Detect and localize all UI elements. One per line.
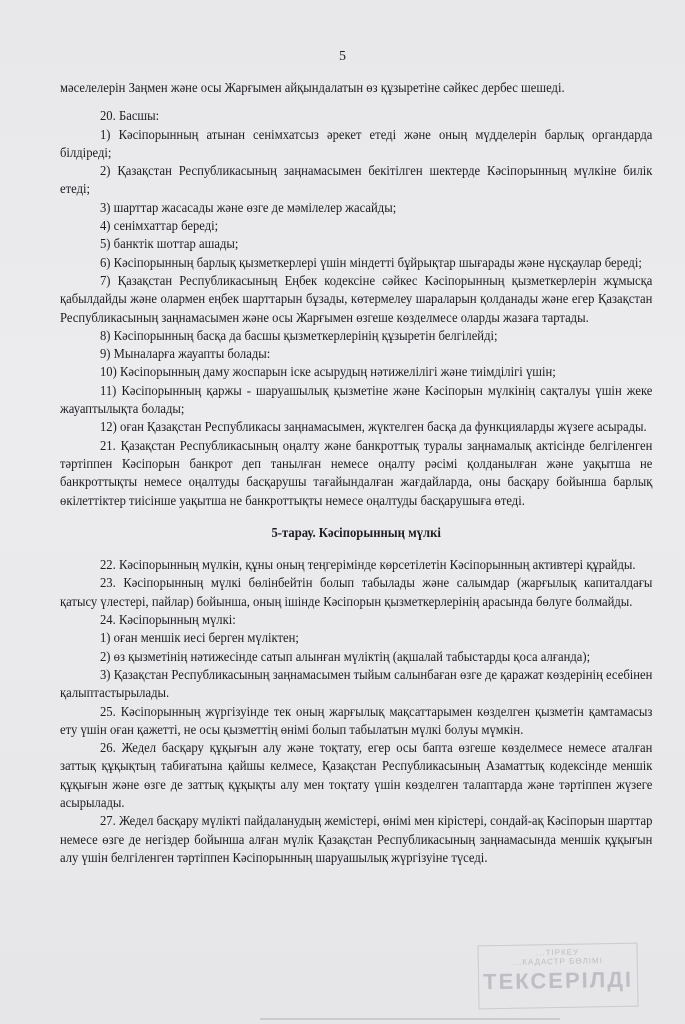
paragraph: 25. Кәсіпорынның жүргізуінде тек оның жа… bbox=[60, 703, 652, 740]
paragraph: 2) өз қызметінің нәтижесінде сатып алынғ… bbox=[60, 648, 652, 666]
paragraph: 26. Жедел басқару құқығын алу және тоқта… bbox=[60, 739, 652, 812]
paragraph: 6) Кәсіпорынның барлық қызметкерлері үші… bbox=[60, 254, 652, 272]
paragraph: 23. Кәсіпорынның мүлкі бөлінбейтін болып… bbox=[60, 574, 652, 611]
paragraph: 3) Қазақстан Республикасының заңнамасыме… bbox=[60, 666, 652, 703]
paragraph: 20. Басшы: bbox=[60, 107, 652, 125]
paragraph: 9) Мыналарға жауапты болады: bbox=[60, 345, 652, 363]
paragraph: 22. Кәсіпорынның мүлкін, құны оның теңге… bbox=[60, 556, 652, 574]
verification-stamp: ...ТІРКЕУ ...КАДАСТР БӨЛІМІ ТЕКСЕРІЛДІ bbox=[477, 943, 638, 1010]
paragraph: 7) Қазақстан Республикасының Еңбек кодек… bbox=[60, 272, 652, 327]
paragraph: 27. Жедел басқару мүлікті пайдаланудың ж… bbox=[60, 812, 652, 867]
paragraph: 1) оған меншік иесі берген мүліктен; bbox=[60, 629, 652, 647]
paragraph: 2) Қазақстан Республикасының заңнамасыме… bbox=[60, 162, 652, 199]
paragraph: 11) Кәсіпорынның қаржы - шаруашылық қызм… bbox=[60, 382, 652, 419]
paragraph: 21. Қазақстан Республикасының оңалту жән… bbox=[60, 437, 652, 510]
paragraph: 1) Кәсіпорынның атынан сенімхатсыз әреке… bbox=[60, 126, 652, 163]
paragraph: мәселелерін Заңмен және осы Жарғымен айқ… bbox=[60, 79, 652, 97]
paragraph: 12) оған Қазақстан Республикасы заңнамас… bbox=[60, 418, 652, 436]
document-body: мәселелерін Заңмен және осы Жарғымен айқ… bbox=[60, 79, 652, 867]
stamp-line-2: ...КАДАСТР БӨЛІМІ bbox=[479, 956, 637, 968]
paragraph: 4) сенімхаттар береді; bbox=[60, 217, 652, 235]
paragraph: 8) Кәсіпорынның басқа да басшы қызметкер… bbox=[60, 327, 652, 345]
page-edge-shadow bbox=[260, 1018, 560, 1020]
paragraph: 3) шарттар жасасады және өзге де мәмілел… bbox=[60, 199, 652, 217]
document-page: 5 мәселелерін Заңмен және осы Жарғымен а… bbox=[0, 0, 685, 1024]
page-number: 5 bbox=[0, 49, 685, 65]
paragraph: 10) Кәсіпорынның даму жоспарын іске асыр… bbox=[60, 363, 652, 381]
stamp-line-3: ТЕКСЕРІЛДІ bbox=[479, 967, 637, 996]
section-heading: 5-тарау. Кәсіпорынның мүлкі bbox=[60, 524, 652, 542]
paragraph: 5) банктік шоттар ашады; bbox=[60, 235, 652, 253]
paragraph: 24. Кәсіпорынның мүлкі: bbox=[60, 611, 652, 629]
